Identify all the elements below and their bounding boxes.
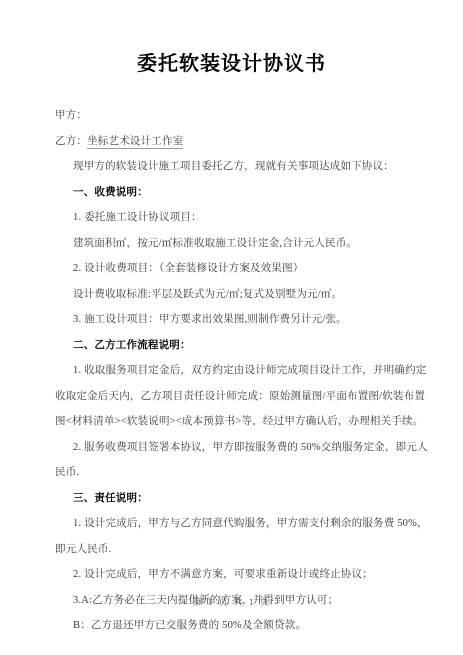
section-2-item-1: 1. 收取服务项目定金后，双方约定由设计师完成项目设计工作，并明确约定收取定金后…	[55, 358, 435, 435]
intro-paragraph: 现甲方的软装设计施工项目委托乙方，现就有关事项达成如下协议：	[55, 154, 435, 180]
party-b-label: 乙方：	[55, 136, 87, 147]
section-3-item-1: 1. 设计完成后，甲方与乙方同意代购服务，甲方需支付剩余的服务费 50%，即元人…	[55, 511, 435, 562]
section-1-item-1: 1. 委托施工设计协议项目：	[55, 205, 435, 231]
section-1-item-3: 3. 施工设计项目：甲方要求出效果图,则制作费另计元/张。	[55, 307, 435, 333]
section-3-item-3b: B：乙方退还甲方已交服务费的 50%及全额贷款。	[55, 613, 435, 639]
party-b-name: 坐标艺术设计工作室	[87, 136, 183, 149]
section-1-item-2-detail: 设计费收取标准:平层及跃式为元/㎡;复式及别墅为元/㎡。	[55, 282, 435, 308]
party-a-label: 甲方：	[55, 110, 87, 121]
party-b-line: 乙方：坐标艺术设计工作室	[55, 129, 435, 155]
section-1-item-1-detail: 建筑面积㎡，按元/㎡标准收取施工设计定金,合计元人民币。	[55, 231, 435, 257]
section-2-item-2: 2. 服务收费项目签署本协议，甲方即按服务费的 50%交纳服务定金，即元人民币.	[55, 435, 435, 486]
party-a-line: 甲方：	[55, 103, 435, 129]
page-number: 第 1 页 共 1 页	[0, 595, 463, 608]
document-page: 委托软装设计协议书 甲方： 乙方：坐标艺术设计工作室 现甲方的软装设计施工项目委…	[0, 0, 463, 655]
document-body: 甲方： 乙方：坐标艺术设计工作室 现甲方的软装设计施工项目委托乙方，现就有关事项…	[55, 103, 435, 639]
section-3-heading: 三、责任说明：	[55, 486, 435, 512]
document-title: 委托软装设计协议书	[0, 50, 463, 78]
section-2-heading: 二、乙方工作流程说明：	[55, 333, 435, 359]
section-1-item-2: 2. 设计收费项目：（全套装修设计方案及效果图）	[55, 256, 435, 282]
section-1-heading: 一、收费说明：	[55, 180, 435, 206]
section-3-item-2: 2. 设计完成后，甲方不满意方案，可要求重新设计或终止协议；	[55, 562, 435, 588]
